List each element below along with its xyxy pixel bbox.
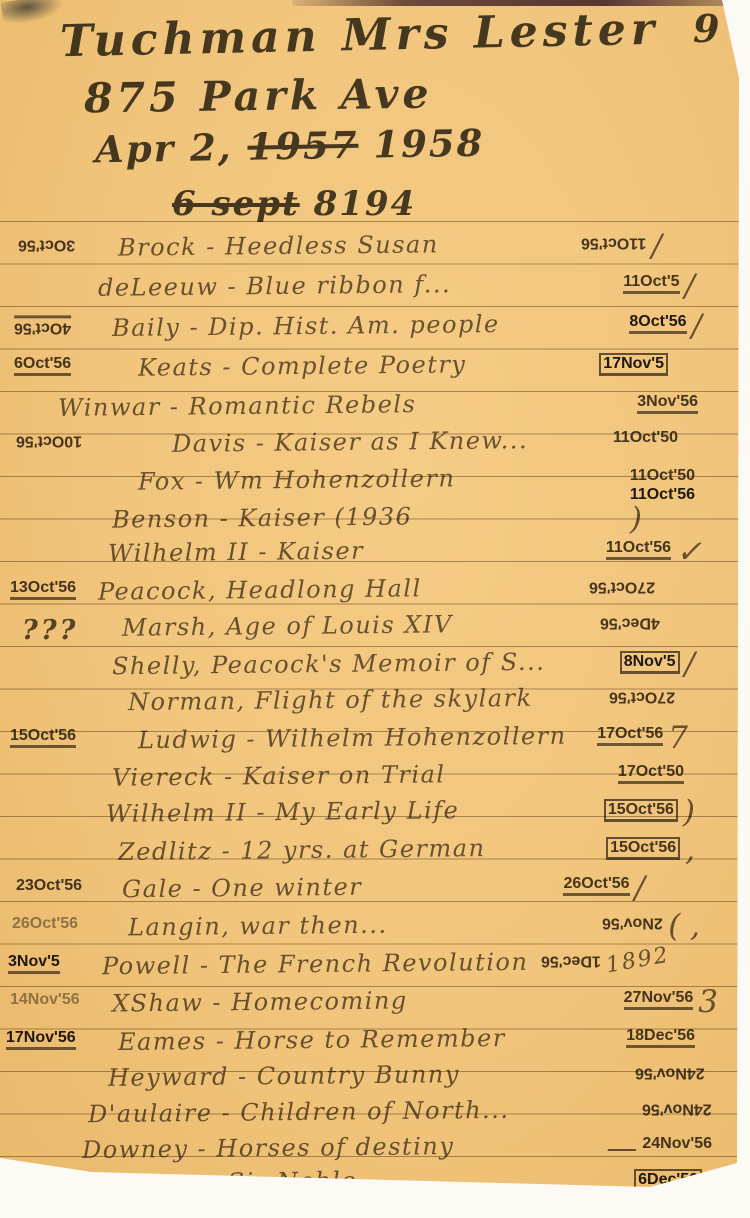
return-date-stamps: 11Oct'56✓ bbox=[606, 539, 702, 567]
account-line: 6 sept 8194 bbox=[172, 184, 416, 224]
return-date-stamps: 8Nov'5/ bbox=[620, 651, 695, 679]
return-date-stamp: 24Nov'56 bbox=[642, 1099, 712, 1117]
page-number: 9 bbox=[693, 6, 719, 51]
ledger-row: 17Nov'56 Eames - Horse to Remember 18Dec… bbox=[0, 1022, 750, 1062]
return-date-stamp: 26Oct'56 bbox=[563, 875, 629, 896]
ledger-row: Winwar - Romantic Rebels 3Nov'56 bbox=[0, 388, 750, 428]
book-title: Eames - Horse to Remember bbox=[118, 1024, 506, 1056]
return-date-stamps: 11Oct'5/ bbox=[623, 273, 695, 301]
return-date-stamps: 27Oct'56 bbox=[589, 577, 655, 595]
date-current: 1958 bbox=[373, 121, 485, 167]
return-date-stamp: 27Oct'56 bbox=[609, 687, 675, 705]
book-title: Zedlitz - 12 yrs. at German bbox=[118, 834, 486, 866]
book-title: Bonner - Sir Noble bbox=[102, 1167, 357, 1198]
pencil-mark: / bbox=[685, 273, 695, 301]
ledger-row: ??? Marsh, Age of Louis XIV 4Dec'56 bbox=[0, 608, 750, 648]
ledger-row: 4Oct'56 Baily - Dip. Hist. Am. people 8O… bbox=[0, 308, 750, 348]
ledger-row: 3Nov'5 Powell - The French Revolution 1D… bbox=[0, 946, 750, 986]
return-date-stamps: 6Dec'56 bbox=[634, 1169, 702, 1192]
return-date-stamps: 3Nov'56 bbox=[637, 393, 698, 414]
book-title: Brock - Heedless Susan bbox=[118, 230, 439, 261]
book-title: Ludwig - Wilhelm Hohenzollern bbox=[138, 722, 567, 754]
pencil-mark: / bbox=[692, 313, 702, 341]
ledger-row: 14Nov'56 XShaw - Homecoming 27Nov'563 bbox=[0, 984, 750, 1024]
return-date-stamp: 8Oct'56 bbox=[629, 313, 686, 334]
checkout-date-stamp: 23Oct'56 bbox=[16, 877, 82, 895]
book-title: Peacock, Headlong Hall bbox=[98, 574, 422, 605]
corner-smudge bbox=[1, 0, 66, 26]
return-date-stamps: 11Oct'50 bbox=[613, 429, 678, 447]
return-date-stamps: 17Oct'567 bbox=[597, 725, 688, 753]
checkout-date-stamp: 3Nov'5 bbox=[8, 953, 60, 974]
pencil-mark: 1892 bbox=[605, 946, 671, 977]
pencil-mark: 3 bbox=[698, 989, 718, 1017]
return-date-stamps: 17Nov'5 bbox=[599, 353, 668, 376]
return-date-stamp: 4Dec'56 bbox=[600, 613, 660, 631]
ledger-row: Fox - Wm Hohenzollern 11Oct'5011Oct'56) bbox=[0, 462, 750, 502]
return-date-stamp: 15Oct'56 bbox=[604, 799, 678, 822]
return-date-stamps: 24Nov'56 bbox=[635, 1063, 705, 1081]
pencil-mark: ) bbox=[683, 799, 695, 827]
ledger-row: 15Oct'56 Ludwig - Wilhelm Hohenzollern 1… bbox=[0, 720, 750, 760]
return-date-stamp: 17Oct'50 bbox=[618, 763, 684, 784]
return-date-stamp: 1Dec'56 bbox=[541, 951, 601, 969]
book-title: Baily - Dip. Hist. Am. people bbox=[112, 310, 500, 342]
ledger-row: D'aulaire - Children of North... 24Nov'5… bbox=[0, 1094, 750, 1134]
return-date-stamp: 2Nov'56 bbox=[602, 913, 663, 931]
pencil-mark: / bbox=[652, 233, 662, 261]
pencil-mark: / bbox=[635, 875, 645, 903]
return-date-stamp: 6Dec'56 bbox=[634, 1169, 702, 1192]
return-date-stamps: 18Dec'56 bbox=[626, 1027, 695, 1048]
return-date-stamp: 11Oct'56 bbox=[581, 233, 646, 251]
book-title: Benson - Kaiser (1936 bbox=[112, 502, 413, 533]
checkout-date-stamp: 15Oct'56 bbox=[10, 727, 76, 748]
ledger-row: 3Oct'56 Brock - Heedless Susan 11Oct'56/ bbox=[0, 228, 750, 268]
return-date-stamp: 11Oct'56 bbox=[606, 539, 671, 560]
return-date-stamp: 18Dec'56 bbox=[626, 1027, 695, 1048]
return-date-stamps: 8Oct'56/ bbox=[629, 313, 702, 341]
book-title: D'aulaire - Children of North... bbox=[88, 1096, 510, 1128]
card-top-edge bbox=[292, 0, 740, 6]
ledger-row: Shelly, Peacock's Memoir of S... 8Nov'5/ bbox=[0, 646, 750, 686]
checkout-date-stamp: 3Oct'56 bbox=[18, 235, 75, 253]
book-title: XShaw - Homecoming bbox=[112, 986, 408, 1017]
return-date-stamps: 24Nov'56 bbox=[642, 1099, 712, 1117]
book-title: Shelly, Peacock's Memoir of S... bbox=[112, 648, 546, 681]
ledger-row: Norman, Flight of the skylark 27Oct'56 bbox=[0, 682, 750, 722]
ledger-row: 10Oct'56 Davis - Kaiser as I Knew... 11O… bbox=[0, 424, 750, 464]
return-date-stamp: 11Oct'50 bbox=[613, 429, 678, 447]
return-date-stamp: 24Nov'56 bbox=[642, 1135, 712, 1153]
return-date-stamps: 11Oct'56/ bbox=[581, 233, 662, 261]
return-date-stamp: 24Nov'56 bbox=[635, 1063, 705, 1081]
book-title: Fox - Wm Hohenzollern bbox=[138, 464, 456, 495]
account-struck-out: 6 sept bbox=[172, 184, 300, 224]
ledger-row: Wilhelm II - Kaiser 11Oct'56✓ bbox=[0, 534, 750, 574]
book-title: Heyward - Country Bunny bbox=[108, 1060, 460, 1092]
checkout-date-stamp: ??? bbox=[22, 615, 78, 646]
ledger-row: 6Oct'56 Keats - Complete Poetry 17Nov'5 bbox=[0, 348, 750, 388]
book-title: Davis - Kaiser as I Knew... bbox=[172, 426, 528, 458]
ledger-row: Heyward - Country Bunny 24Nov'56 bbox=[0, 1058, 750, 1098]
return-date-stamp: 17Nov'5 bbox=[599, 353, 668, 376]
pencil-mark: ( , bbox=[668, 913, 700, 941]
patron-name: Tuchman Mrs Lester bbox=[60, 4, 660, 68]
return-date-stamp: 15Oct'56 bbox=[606, 837, 680, 860]
ledger-row: Viereck - Kaiser on Trial 17Oct'50 bbox=[0, 758, 750, 798]
book-title: Keats - Complete Poetry bbox=[138, 350, 467, 381]
return-date-stamp: 11Oct'50 bbox=[630, 467, 695, 485]
pencil-mark: / bbox=[685, 651, 695, 679]
book-title: Gale - One winter bbox=[122, 873, 362, 904]
checkout-date-stamp: 4Oct'56 bbox=[14, 315, 71, 336]
return-date-stamp: 27Oct'56 bbox=[589, 577, 655, 595]
ledger-row: 23Oct'56 Gale - One winter 26Oct'56/ bbox=[0, 870, 750, 910]
book-title: Winwar - Romantic Rebels bbox=[58, 390, 417, 422]
return-date-stamps: 27Nov'563 bbox=[624, 989, 718, 1017]
book-title: Downey - Horses of destiny bbox=[82, 1132, 455, 1164]
book-title: Wilhelm II - Kaiser bbox=[108, 537, 364, 568]
checkout-date-stamp: 6Oct'56 bbox=[14, 355, 71, 376]
return-date-stamp: 11Oct'5 bbox=[623, 273, 679, 294]
pencil-mark: 7 bbox=[668, 725, 688, 753]
book-title: Norman, Flight of the skylark bbox=[128, 684, 533, 716]
pencil-mark: — bbox=[606, 1135, 637, 1163]
return-date-stamp: 8Nov'5 bbox=[620, 651, 680, 674]
checkout-date-stamp: 26Oct'56 bbox=[12, 915, 78, 933]
ledger-row: deLeeuw - Blue ribbon f... 11Oct'5/ bbox=[0, 268, 750, 308]
book-title: Viereck - Kaiser on Trial bbox=[112, 760, 446, 791]
ledger-row: Wilhelm II - My Early Life 15Oct'56) bbox=[0, 794, 750, 834]
return-date-stamps: 17Oct'50 bbox=[618, 763, 684, 784]
return-date-stamps: 26Oct'56/ bbox=[563, 875, 645, 903]
book-title: Marsh, Age of Louis XIV bbox=[122, 610, 453, 641]
return-date-stamps: 27Oct'56 bbox=[609, 687, 675, 705]
book-title: Powell - The French Revolution bbox=[102, 948, 529, 980]
ledger-row: 26Oct'56 Langin, war then... 2Nov'56( , bbox=[0, 908, 750, 948]
book-title: deLeeuw - Blue ribbon f... bbox=[98, 270, 451, 302]
date-line: Apr 2, 1957 1958 bbox=[95, 121, 485, 172]
book-title: Langin, war then... bbox=[128, 911, 388, 942]
book-title: Wilhelm II - My Early Life bbox=[106, 796, 460, 828]
ledger-row: Zedlitz - 12 yrs. at German 15Oct'56, bbox=[0, 832, 750, 872]
checkout-date-stamp: 13Oct'56 bbox=[10, 579, 76, 600]
date-prefix: Apr 2, bbox=[95, 125, 233, 171]
return-date-stamp: 17Oct'56 bbox=[597, 725, 663, 746]
ledger-row: Bonner - Sir Noble 6Dec'56 bbox=[0, 1164, 750, 1204]
return-date-stamps: 4Dec'56 bbox=[600, 613, 660, 631]
pencil-mark: ✓ bbox=[676, 539, 702, 567]
date-struck-out: 1957 bbox=[247, 123, 359, 169]
checkout-date-stamp: 14Nov'56 bbox=[10, 991, 80, 1009]
return-date-stamps: 15Oct'56, bbox=[606, 837, 695, 865]
return-date-stamp: 3Nov'56 bbox=[637, 393, 698, 414]
library-charge-card: Tuchman Mrs Lester 9 875 Park Ave Apr 2,… bbox=[0, 0, 750, 1218]
pencil-mark: , bbox=[685, 837, 695, 865]
scanned-page: Tuchman Mrs Lester 9 875 Park Ave Apr 2,… bbox=[0, 0, 750, 1218]
return-date-stamps: —24Nov'56 bbox=[606, 1135, 712, 1163]
return-date-stamps: 15Oct'56) bbox=[604, 799, 695, 827]
ledger-row: 13Oct'56 Peacock, Headlong Hall 27Oct'56 bbox=[0, 572, 750, 612]
return-date-stamps: 2Nov'56( , bbox=[602, 913, 700, 941]
checkout-date-stamp: 10Oct'56 bbox=[16, 431, 82, 449]
return-date-stamps: 1Dec'561892 bbox=[541, 951, 670, 971]
account-number: 8194 bbox=[314, 184, 417, 224]
patron-address: 875 Park Ave bbox=[84, 70, 433, 123]
checkout-date-stamp: 17Nov'56 bbox=[6, 1029, 76, 1050]
return-date-stamp: 27Nov'56 bbox=[624, 989, 694, 1010]
